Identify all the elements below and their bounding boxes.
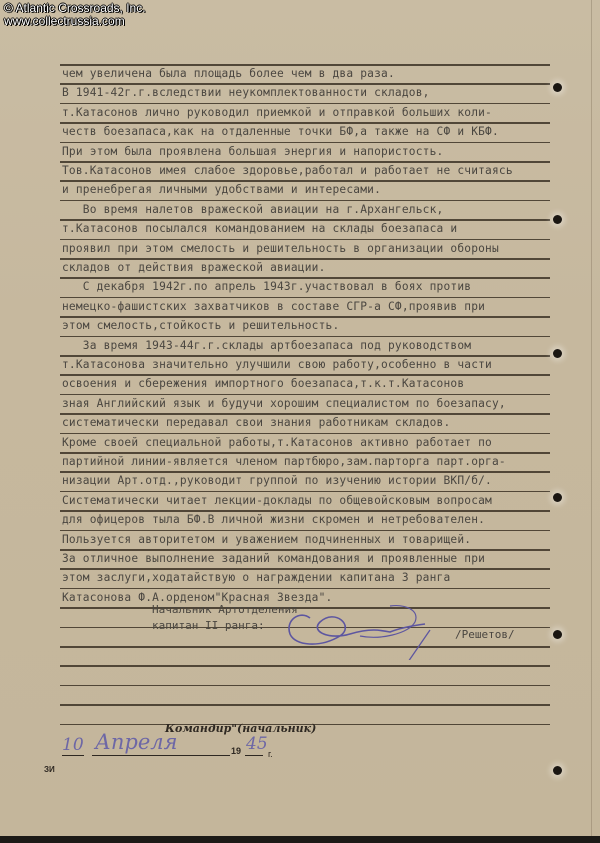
ruled-line [60,316,550,318]
typed-line: Кроме своей специальной работы,т.Катасон… [62,436,492,449]
typed-line: и пренебрегая личными удобствами и интер… [62,183,381,196]
ruled-line [60,122,550,124]
ruled-line [60,433,550,435]
typed-line: систематически передавал свои знания раб… [62,416,450,429]
typed-line: За отличное выполнение заданий командова… [62,552,485,565]
date-month: Апреля [95,730,178,754]
typed-line: С декабря 1942г.по апрель 1943г.участвов… [62,280,471,293]
typed-line: для офицеров тыла БФ.В личной жизни скро… [62,513,485,526]
ruled-line [60,355,550,357]
typed-line: т.Катасонова значительно улучшили свою р… [62,358,492,371]
signatory-rank: капитан II ранга: [152,619,265,632]
date-day: 10 [62,735,84,755]
ruled-line [60,239,550,241]
ruled-line [60,161,550,163]
ruled-line [60,588,550,590]
ruled-line [60,336,550,338]
date-year-line [245,755,263,756]
ruled-line [60,413,550,415]
date-year: 45 [246,734,268,754]
ruled-line [60,200,550,202]
typed-line: проявил при этом смелость и решительност… [62,242,499,255]
date-day-line [62,755,84,756]
ruled-line [60,219,550,221]
ruled-line [60,491,550,493]
typed-line: зная Английский язык и будучи хорошим сп… [62,397,506,410]
ruled-line [60,374,550,376]
typed-line: Пользуется авторитетом и уважением подчи… [62,533,471,546]
binder-hole [553,215,562,224]
ruled-line [60,685,550,687]
signatory-name: /Решетов/ [455,628,515,641]
typed-line: освоения и сбережения импортного боезапа… [62,377,464,390]
binder-hole [553,766,562,775]
typed-line: этом заслуги,ходатайствую о награждении … [62,571,450,584]
ruled-line [60,510,550,512]
ruled-line [60,549,550,551]
ruled-line [60,530,550,532]
typed-line: этом смелость,стойкость и решительность. [62,319,339,332]
date-month-line [92,755,230,756]
ruled-line [60,103,550,105]
ruled-line [60,83,550,85]
binder-hole [553,493,562,502]
ruled-line [60,394,550,396]
signatory-title: Начальник Артотделения [152,603,298,616]
ruled-line [60,704,550,706]
ruled-line [60,297,550,299]
ruled-line [60,471,550,473]
date-year-prefix: 19 [231,746,241,756]
typed-line: За время 1943-44г.г.склады артбоезапаса … [62,339,471,352]
typed-line: Тов.Катасонов имея слабое здоровье,работ… [62,164,513,177]
commander-label: Командир"(начальник) [165,722,316,735]
typed-line: т.Катасонов посылался командованием на с… [62,222,457,235]
ruled-line [60,568,550,570]
scan-edge [0,836,600,843]
binder-hole [553,83,562,92]
ruled-line [60,277,550,279]
typed-line: низации Арт.отд.,руководит группой по из… [62,474,492,487]
typed-line: При этом была проявлена большая энергия … [62,145,443,158]
ruled-line [60,452,550,454]
typed-line: партийной линии-является членом партбюро… [62,455,506,468]
ruled-line [60,258,550,260]
typed-line: честв боезапаса,как на отдаленные точки … [62,125,499,138]
typed-line: Во время налетов вражеской авиации на г.… [62,203,443,216]
typed-line: немецко-фашистских захватчиков в составе… [62,300,485,313]
binder-hole [553,630,562,639]
binder-hole [553,349,562,358]
ruled-line [60,142,550,144]
handwritten-signature [280,600,480,660]
document-page: © Atlantic Crossroads, Inc. www.collectr… [0,0,600,836]
year-suffix: г. [268,749,273,759]
ruled-line [60,665,550,667]
ruled-line [60,180,550,182]
typed-line: складов от действия вражеской авиации. [62,261,326,274]
typed-line: Систематически читает лекции-доклады по … [62,494,492,507]
ruled-line [60,64,550,66]
form-code: ЗИ [44,765,55,774]
typed-line: т.Катасонов лично руководил приемкой и о… [62,106,492,119]
typed-line: В 1941-42г.г.вследствии неукомплектованн… [62,86,430,99]
typed-line: чем увеличена была площадь более чем в д… [62,67,395,80]
